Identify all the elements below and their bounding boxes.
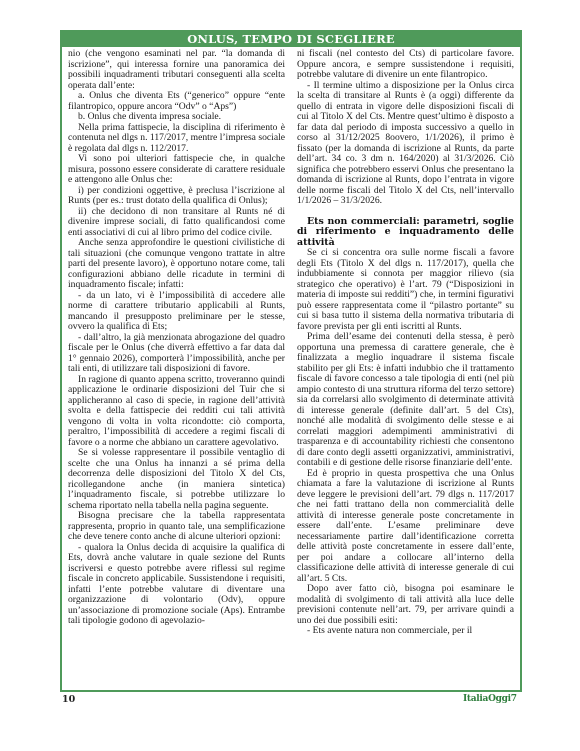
paragraph: In ragione di quanto appena scritto, tro… xyxy=(68,375,285,449)
right-column: ni fiscali (nel contesto del Cts) di par… xyxy=(297,49,514,686)
paragraph: Se si volesse rappresentare il possibile… xyxy=(68,448,285,511)
bullet-item: - dall’altro, la già menzionata abrogazi… xyxy=(68,333,285,375)
article-box: ONLUS, TEMPO DI SCEGLIERE nio (che vengo… xyxy=(60,30,522,692)
paragraph: nio (che vengono esaminati nel par. “la … xyxy=(68,49,285,91)
paragraph: Dopo aver fatto ciò, bisogna poi esamina… xyxy=(297,584,514,626)
paragraph: ni fiscali (nel contesto del Cts) di par… xyxy=(297,49,514,81)
list-item-b: b. Onlus che diventa impresa sociale. xyxy=(68,112,285,123)
paragraph: Vi sono poi ulteriori fattispecie che, i… xyxy=(68,154,285,186)
list-item-a: a. Onlus che diventa Ets (“generico” opp… xyxy=(68,91,285,112)
bullet-item: - Il termine ultimo a disposizione per l… xyxy=(297,81,514,207)
page-number: 10 xyxy=(62,694,75,705)
section-title: ONLUS, TEMPO DI SCEGLIERE xyxy=(62,32,520,47)
paragraph: Nella prima fattispecie, la disciplina d… xyxy=(68,123,285,155)
bullet-item: - da un lato, vi è l’impossibilità di ac… xyxy=(68,291,285,333)
article-columns: nio (che vengono esaminati nel par. “la … xyxy=(68,49,514,686)
paragraph: Anche senza approfondire le questioni ci… xyxy=(68,238,285,291)
paragraph: Se ci si concentra ora sulle norme fisca… xyxy=(297,248,514,332)
publication-logo: ItaliaOggi7 xyxy=(463,694,517,704)
bullet-item: - Ets avente natura non commerciale, per… xyxy=(297,626,514,637)
left-column: nio (che vengono esaminati nel par. “la … xyxy=(68,49,285,686)
paragraph: Ed è proprio in questa prospettiva che u… xyxy=(297,469,514,585)
paragraph: Bisogna precisare che la tabella rappres… xyxy=(68,511,285,543)
list-item-ii: ii) che decidono di non transitare al Ru… xyxy=(68,207,285,239)
bullet-item: - qualora la Onlus decida di acquisire l… xyxy=(68,543,285,627)
section-heading: Ets non commerciali: parametri, soglie d… xyxy=(297,217,514,249)
list-item-i: i) per condizioni oggettive, è preclusa … xyxy=(68,186,285,207)
paragraph: Prima dell’esame dei contenuti della ste… xyxy=(297,332,514,469)
